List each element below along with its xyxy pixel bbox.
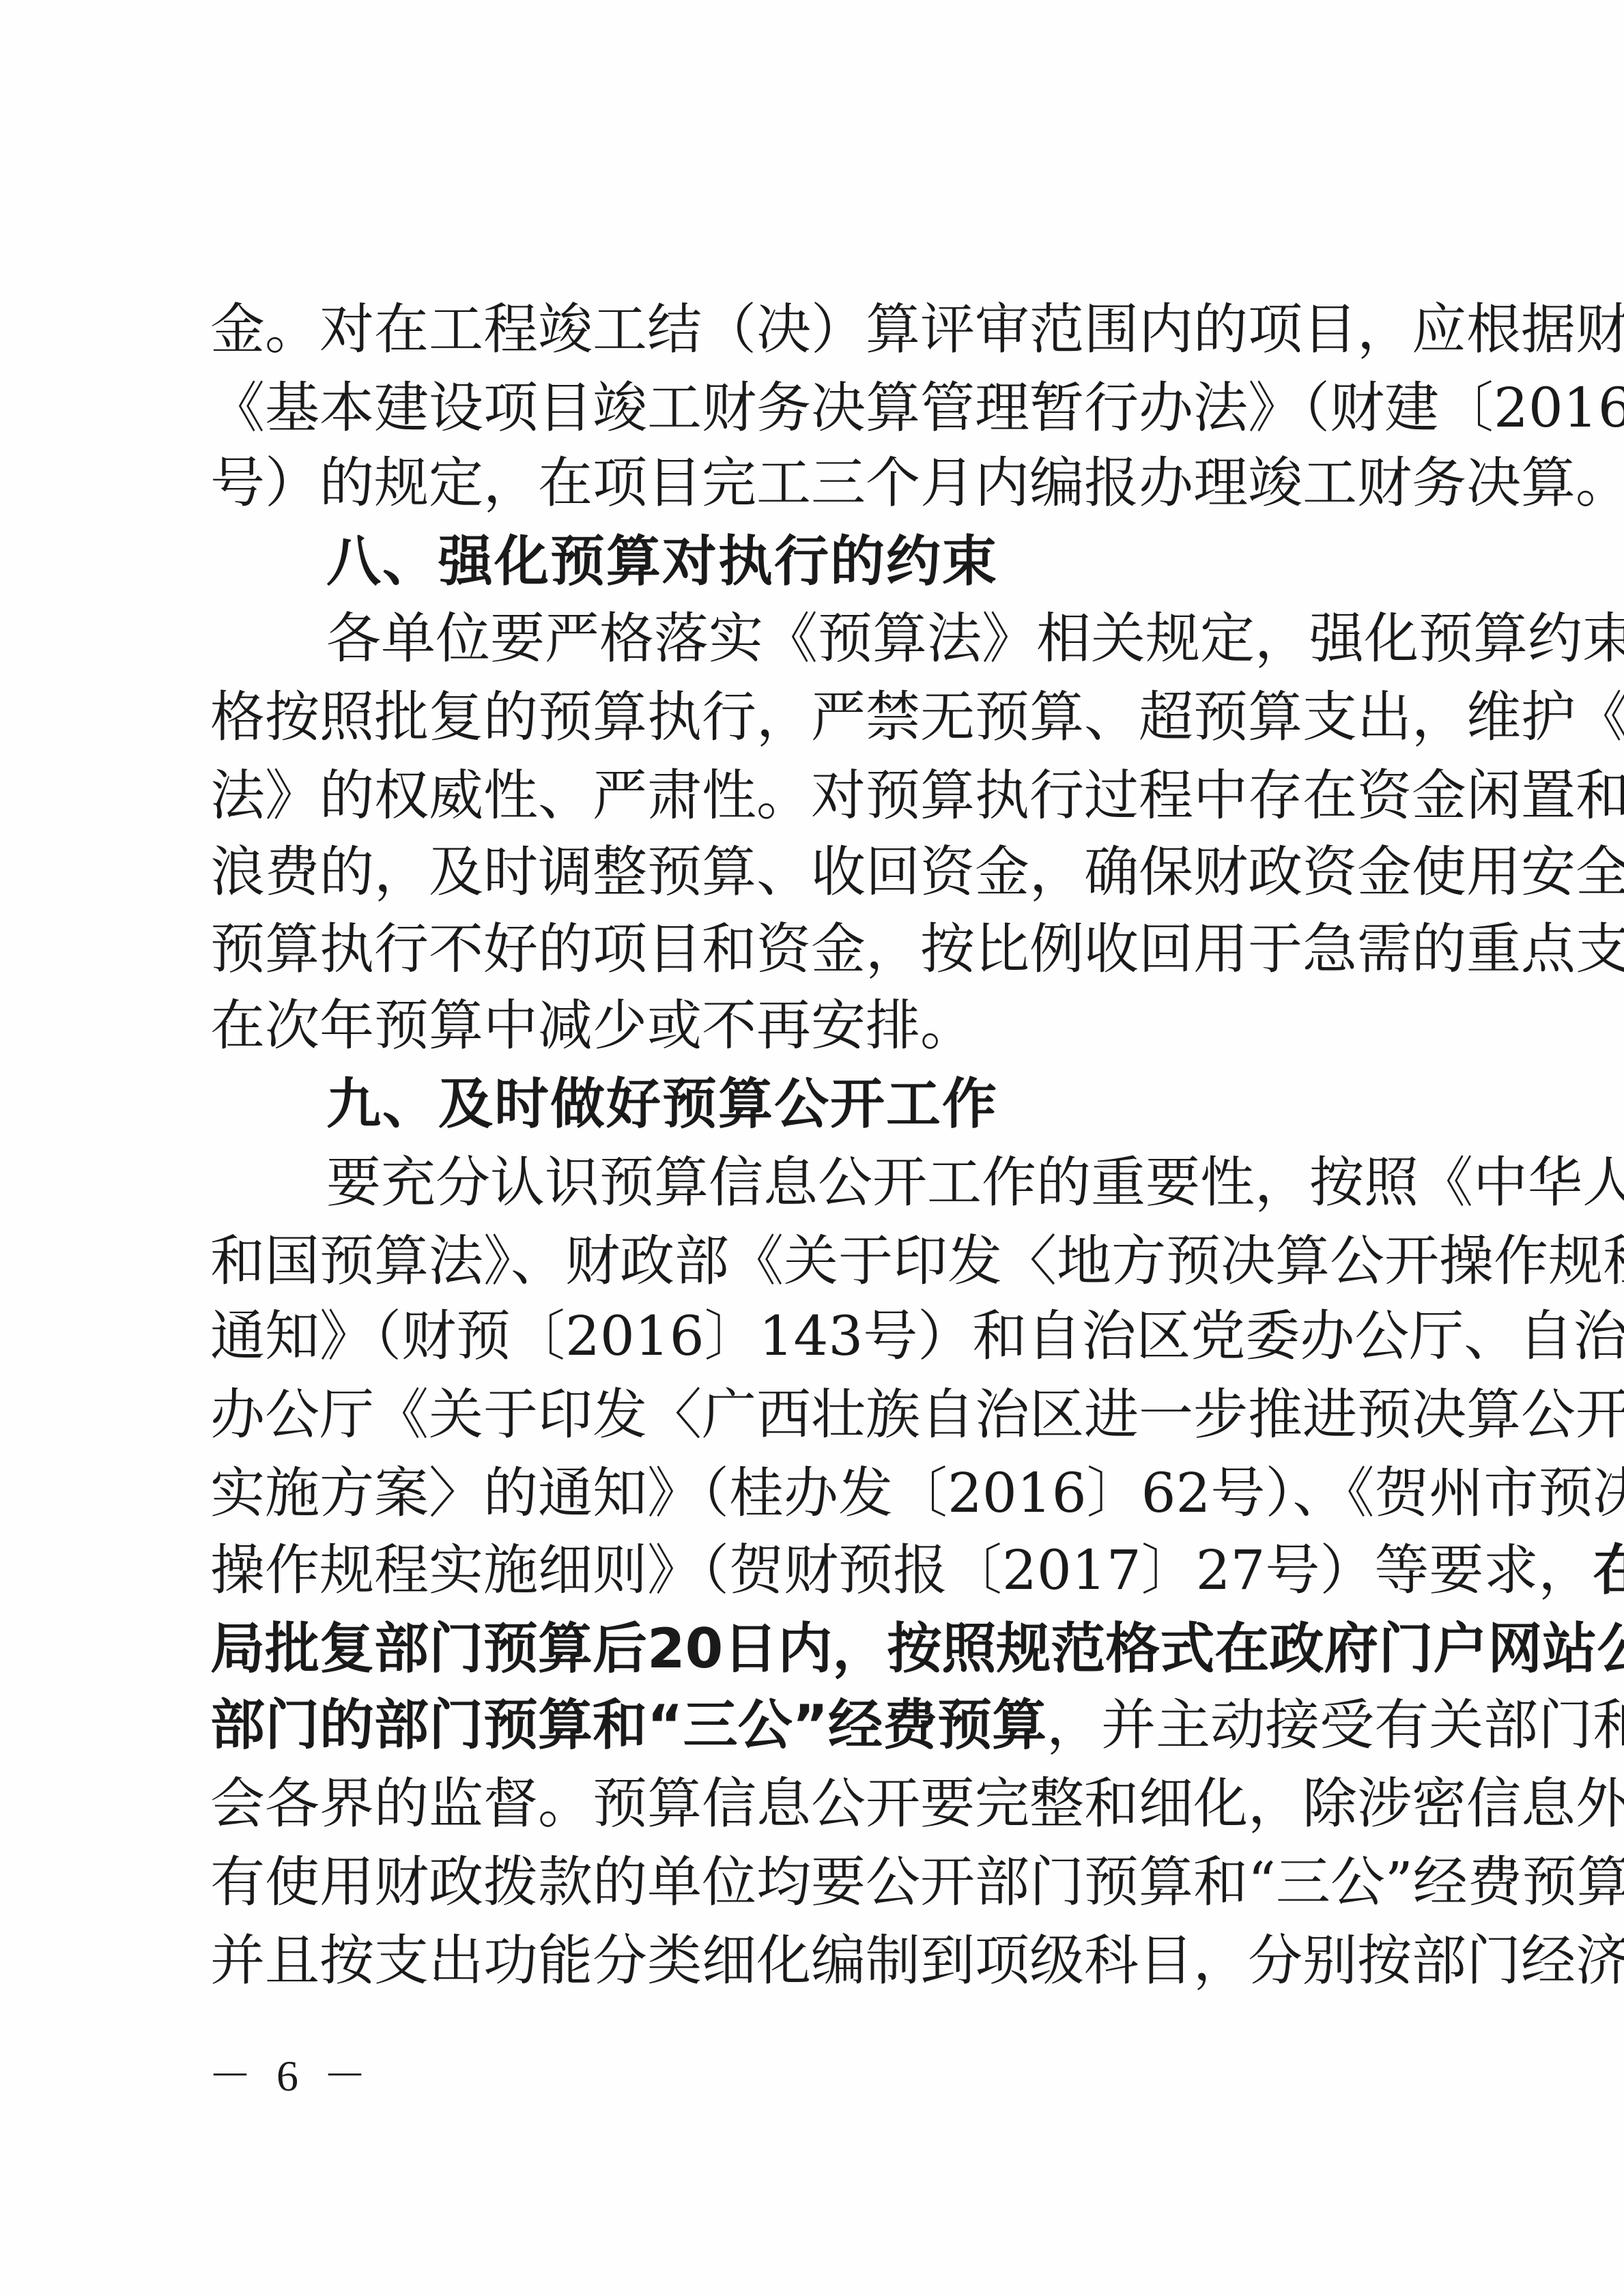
page-number: － 6 －	[208, 2041, 373, 2104]
paragraph-line: 通知》（财预〔2016〕143号）和自治区党委办公厅、自治区政府	[210, 1297, 1422, 1375]
paragraph-line: 要充分认识预算信息公开工作的重要性，按照《中华人民共	[326, 1143, 1422, 1222]
paragraph-line: 会各界的监督。预算信息公开要完整和细化，除涉密信息外，所	[210, 1764, 1422, 1843]
paragraph-line: 并且按支出功能分类细化编制到项级科目，分别按部门经济分类	[210, 1921, 1422, 2000]
emphasized-text: 部门的部门预算和“三公”经费预算	[210, 1686, 1046, 1764]
paragraph-line: 《基本建设项目竣工财务决算管理暂行办法》（财建〔2016〕503	[210, 369, 1422, 447]
paragraph-line: 办公厅《关于印发〈广西壮族自治区进一步推进预决算公开工作	[210, 1375, 1422, 1454]
paragraph-line: 和国预算法》、财政部《关于印发〈地方预决算公开操作规程〉的	[210, 1222, 1422, 1300]
section-heading-9: 九、及时做好预算公开工作	[326, 1065, 1422, 1143]
paragraph-line: 金。对在工程竣工结（决）算评审范围内的项目，应根据财政部	[210, 290, 1422, 369]
paragraph-line: 号）的规定，在项目完工三个月内编报办理竣工财务决算。	[210, 444, 1422, 522]
paragraph-line: 预算执行不好的项目和资金，按比例收回用于急需的重点支出，	[210, 910, 1422, 988]
paragraph-line: 格按照批复的预算执行，严禁无预算、超预算支出，维护《预算	[210, 678, 1422, 756]
paragraph-line: 法》的权威性、严肃性。对预算执行过程中存在资金闲置和损失	[210, 756, 1422, 835]
document-page: 金。对在工程竣工结（决）算评审范围内的项目，应根据财政部 《基本建设项目竣工财务…	[0, 0, 1624, 2296]
normal-text: ，并主动接受有关部门和社	[1046, 1686, 1624, 1764]
paragraph-line-mixed: 操作规程实施细则》（贺财预报〔2017〕27号）等要求， 在市财政	[210, 1531, 1422, 1609]
paragraph-line: 在次年预算中减少或不再安排。	[210, 986, 1422, 1065]
paragraph-line-mixed: 部门的部门预算和“三公”经费预算 ，并主动接受有关部门和社	[210, 1686, 1422, 1764]
section-heading-8: 八、强化预算对执行的约束	[326, 522, 1422, 601]
paragraph-line: 有使用财政拨款的单位均要公开部门预算和“三公”经费预算，	[210, 1843, 1422, 1921]
normal-text: 操作规程实施细则》（贺财预报〔2017〕27号）等要求，	[210, 1531, 1593, 1609]
paragraph-line: 各单位要严格落实《预算法》相关规定，强化预算约束，严	[326, 599, 1422, 678]
paragraph-line: 实施方案〉的通知》（桂办发〔2016〕62号）、《贺州市预决算公开	[210, 1454, 1422, 1532]
paragraph-line: 浪费的，及时调整预算、收回资金，确保财政资金使用安全；对	[210, 833, 1422, 911]
paragraph-line-emphasized: 局批复部门预算后20日内，按照规范格式在政府门户网站公开本	[210, 1609, 1422, 1688]
emphasized-text: 在市财政	[1593, 1531, 1624, 1609]
